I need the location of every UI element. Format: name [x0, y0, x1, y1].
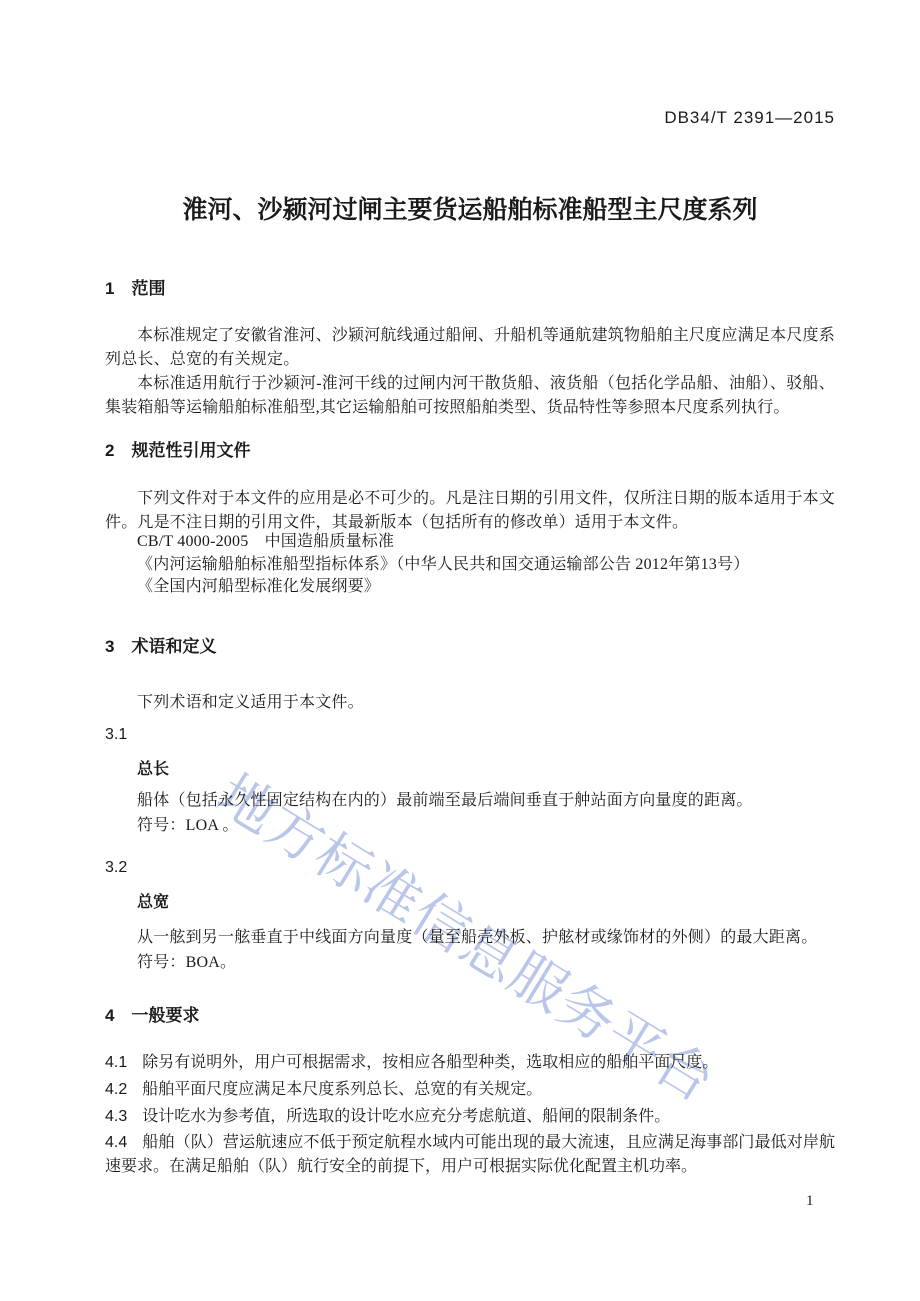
term-2-symbol: 符号：BOA。: [137, 951, 835, 975]
clause-4-4: 4.4船舶（队）营运航速应不低于预定航程水域内可能出现的最大流速，且应满足海事部…: [105, 1131, 835, 1179]
section-4-heading: 4一般要求: [105, 1006, 835, 1026]
section-2-heading: 2规范性引用文件: [105, 441, 835, 461]
section-3-title: 术语和定义: [131, 637, 216, 656]
clause-4-3: 4.3设计吃水为参考值，所选取的设计吃水应充分考虑航道、船闸的限制条件。: [105, 1105, 835, 1129]
reference-item-3: 《全国内河船型标准化发展纲要》: [137, 575, 835, 599]
section-2-title: 规范性引用文件: [131, 441, 250, 460]
term-2-number: 3.2: [105, 858, 835, 877]
term-2-definition: 从一舷到另一舷垂直于中线面方向量度（量至船壳外板、护舷材或缘饰材的外侧）的最大距…: [137, 926, 835, 950]
term-1-name: 总长: [137, 760, 867, 779]
term-1-definition: 船体（包括永久性固定结构在内的）最前端至最后端间垂直于舯站面方向量度的距离。: [137, 789, 835, 813]
term-1-symbol: 符号：LOA 。: [137, 814, 835, 838]
section-4-title: 一般要求: [131, 1006, 199, 1025]
normative-references-paragraph: 下列文件对于本文件的应用是必不可少的。凡是注日期的引用文件，仅所注日期的版本适用…: [105, 487, 835, 535]
clause-4-1-number: 4.1: [105, 1054, 127, 1071]
page-number: 1: [806, 1192, 814, 1210]
clause-4-4-text: 船舶（队）营运航速应不低于预定航程水域内可能出现的最大流速，且应满足海事部门最低…: [105, 1134, 835, 1175]
section-3-heading: 3术语和定义: [105, 637, 835, 657]
clause-4-1-text: 除另有说明外，用户可根据需求，按相应各船型种类，选取相应的船舶平面尺度。: [142, 1054, 718, 1071]
section-1-number: 1: [105, 279, 114, 298]
reference-item-1: CB/T 4000-2005 中国造船质量标准: [137, 530, 835, 554]
clause-4-2: 4.2船舶平面尺度应满足本尺度系列总长、总宽的有关规定。: [105, 1078, 835, 1102]
scope-paragraph-1: 本标准规定了安徽省淮河、沙颍河航线通过船闸、升船机等通航建筑物船舶主尺度应满足本…: [105, 324, 835, 372]
standard-document-page: 地方标准信息服务平台 DB34/T 2391—2015 淮河、沙颍河过闸主要货运…: [0, 0, 920, 1301]
scope-paragraph-2: 本标准适用航行于沙颍河-淮河干线的过闸内河干散货船、液货船（包括化学品船、油船）…: [105, 372, 835, 420]
terms-intro: 下列术语和定义适用于本文件。: [105, 691, 835, 715]
term-2-name: 总宽: [137, 893, 867, 912]
section-2-number: 2: [105, 441, 114, 460]
section-3-number: 3: [105, 637, 114, 656]
reference-item-2: 《内河运输船舶标准船型指标体系》（中华人民共和国交通运输部公告 2012年第13…: [137, 553, 835, 577]
clause-4-2-number: 4.2: [105, 1081, 127, 1098]
document-title: 淮河、沙颍河过闸主要货运船舶标准船型主尺度系列: [105, 194, 835, 227]
clause-4-1: 4.1除另有说明外，用户可根据需求，按相应各船型种类，选取相应的船舶平面尺度。: [105, 1051, 835, 1075]
clause-4-2-text: 船舶平面尺度应满足本尺度系列总长、总宽的有关规定。: [142, 1081, 542, 1098]
section-1-title: 范围: [131, 279, 165, 298]
clause-4-3-text: 设计吃水为参考值，所选取的设计吃水应充分考虑航道、船闸的限制条件。: [142, 1108, 670, 1125]
term-1-number: 3.1: [105, 725, 835, 744]
section-4-number: 4: [105, 1006, 114, 1025]
section-1-heading: 1范围: [105, 279, 835, 299]
clause-4-3-number: 4.3: [105, 1108, 127, 1125]
document-code: DB34/T 2391—2015: [105, 108, 835, 128]
clause-4-4-number: 4.4: [105, 1134, 127, 1151]
